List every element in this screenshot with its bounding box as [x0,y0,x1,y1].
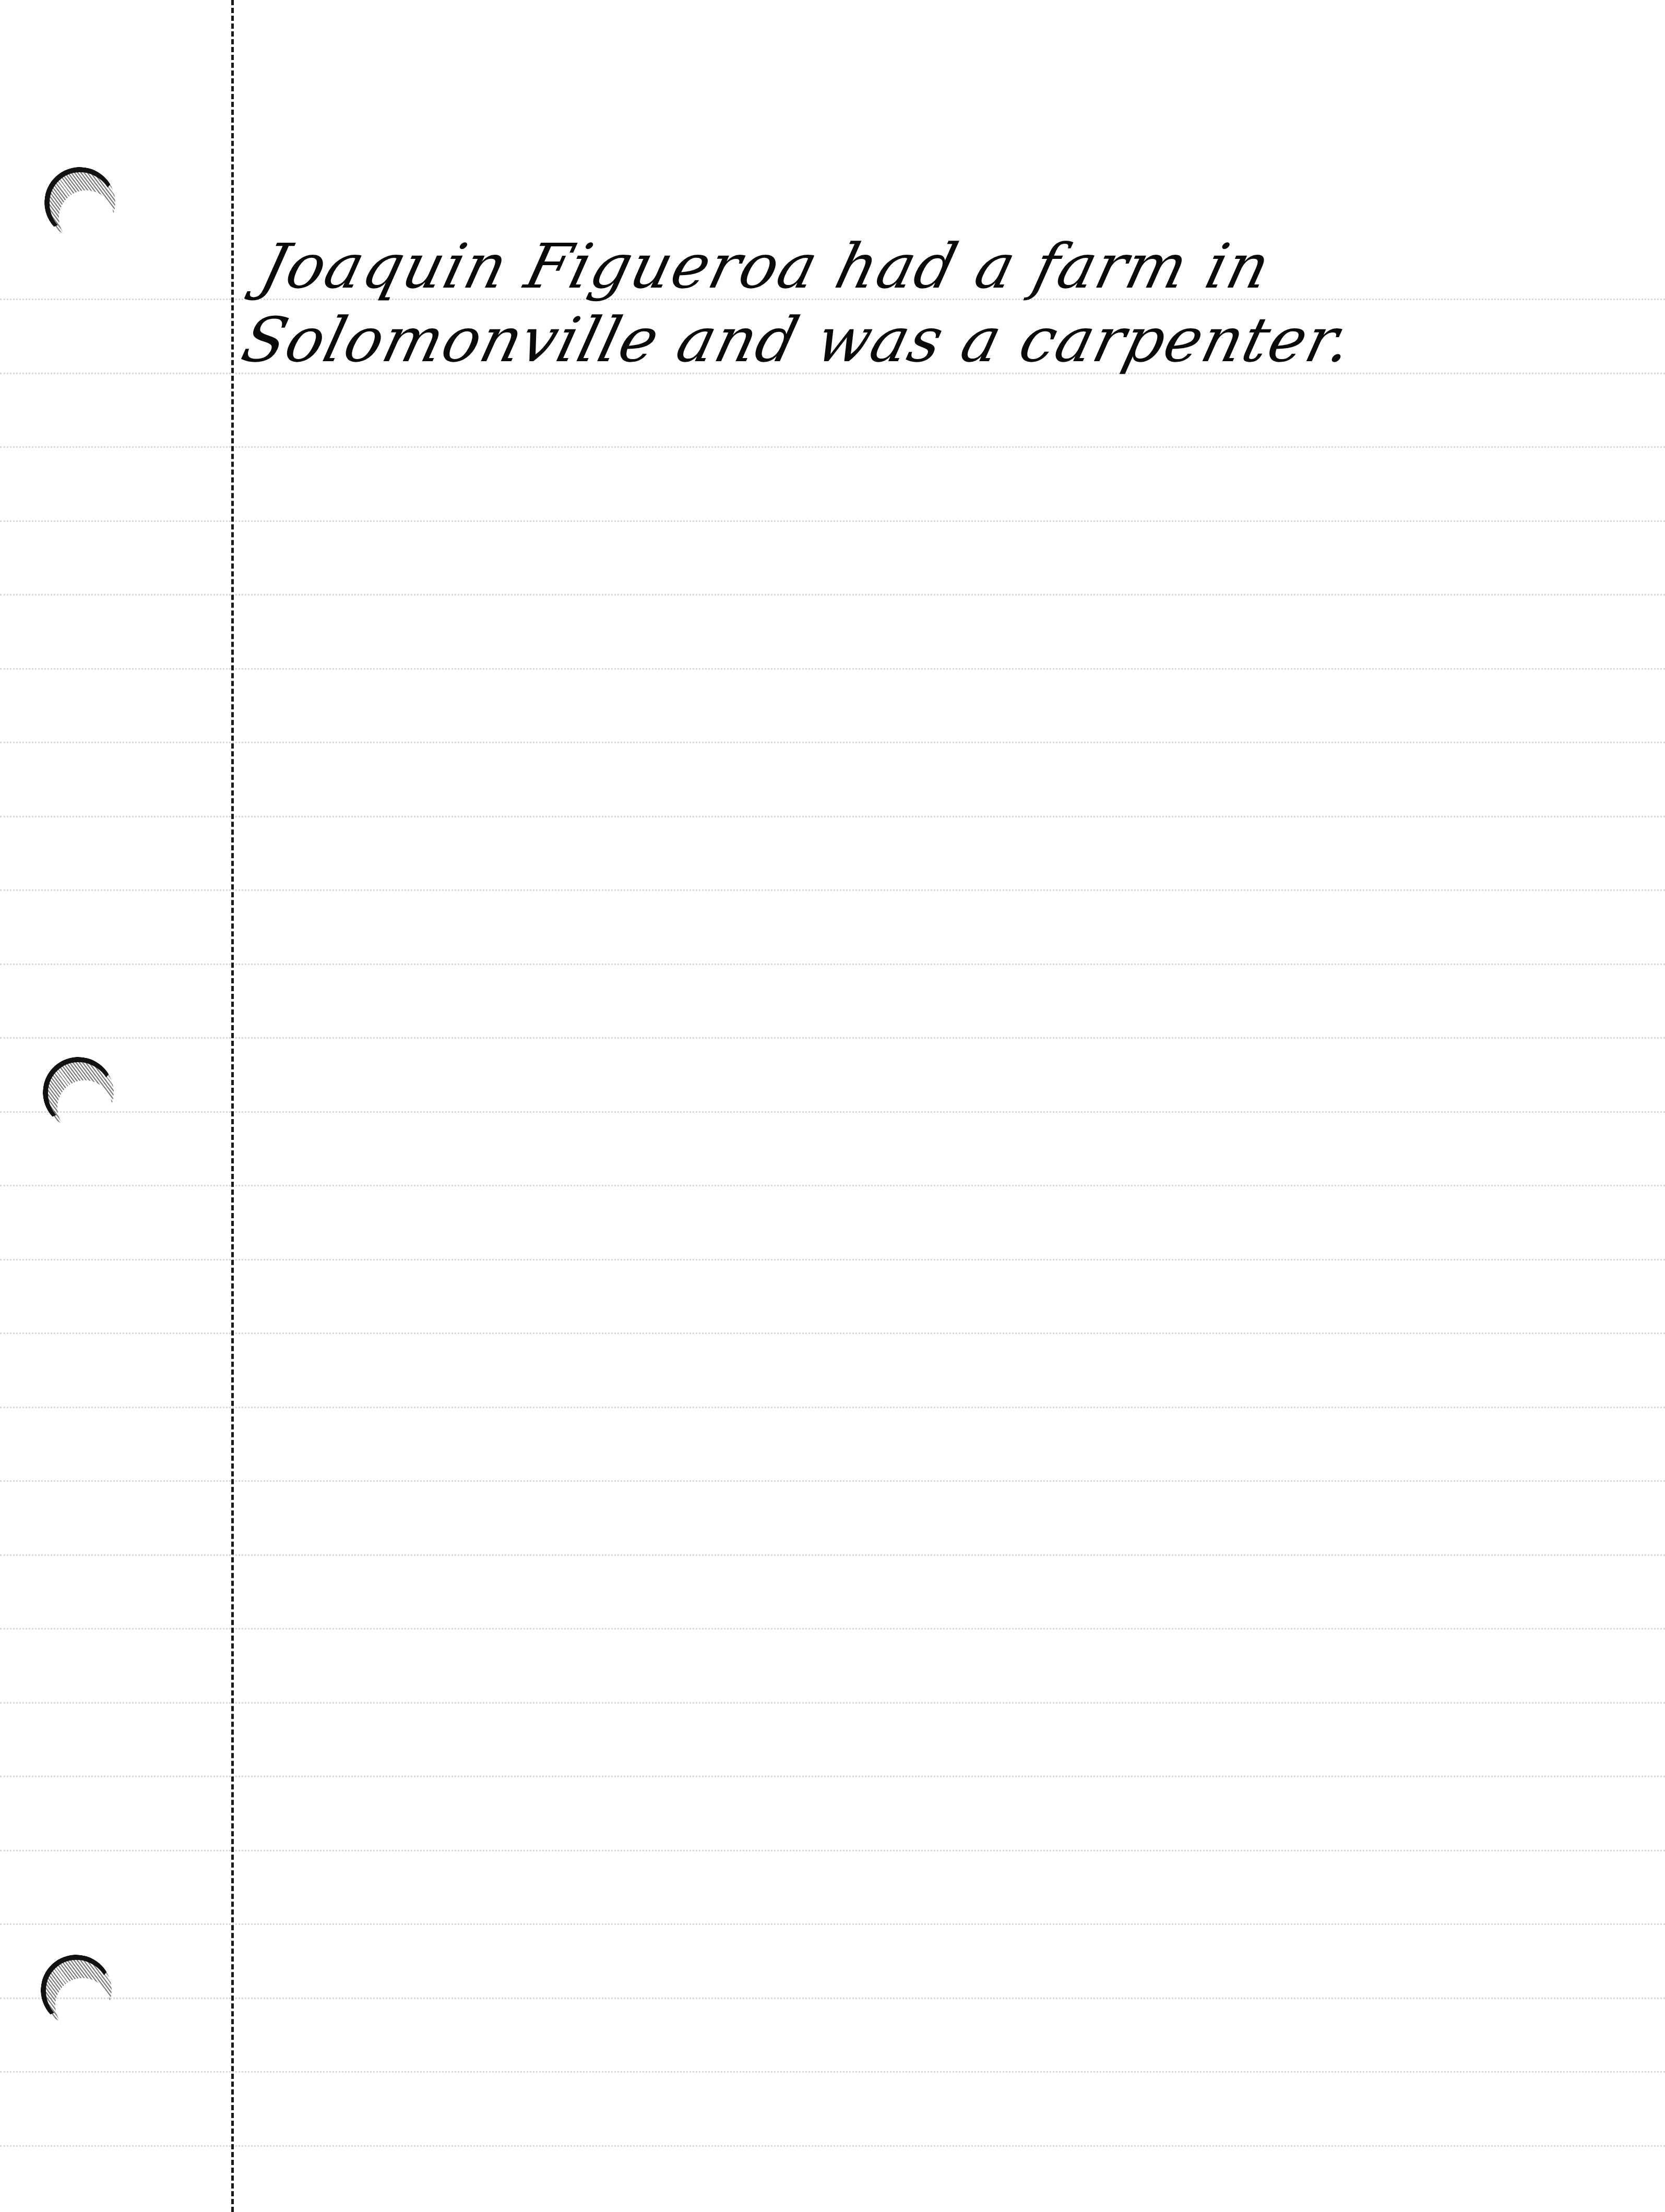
ruled-line [0,1923,1665,1925]
ruled-line [0,1111,1665,1113]
ruled-line [0,1185,1665,1186]
ruled-line [0,964,1665,965]
handwritten-line-1: Joaquin Figueroa had a farm in [253,230,1379,303]
ruled-line [0,1480,1665,1482]
handwritten-note: Joaquin Figueroa had a farm in Solomonvi… [235,230,1379,377]
ruled-line [0,742,1665,743]
ruled-line [0,520,1665,522]
ruled-line [0,1333,1665,1334]
ruled-line [0,816,1665,817]
ruled-line [0,1702,1665,1704]
ruled-line [0,2071,1665,2073]
punch-hole-icon [36,1950,116,2030]
ruled-line [0,446,1665,448]
handwritten-line-2: Solomonville and was a carpenter. [235,303,1361,377]
ruled-line [0,594,1665,596]
ruled-line [0,1997,1665,1999]
ruled-line [0,1037,1665,1039]
notebook-page: Joaquin Figueroa had a farm in Solomonvi… [0,0,1665,2212]
punch-hole-icon [38,1052,118,1133]
ruled-line [0,1554,1665,1556]
ruled-line [0,889,1665,891]
margin-line [231,0,234,2212]
ruled-line [0,1850,1665,1851]
ruled-line [0,1407,1665,1408]
ruled-line [0,2145,1665,2147]
ruled-line [0,1259,1665,1260]
punch-hole-icon [40,162,120,243]
ruled-line [0,1776,1665,1777]
ruled-line [0,1628,1665,1630]
ruled-line [0,668,1665,670]
